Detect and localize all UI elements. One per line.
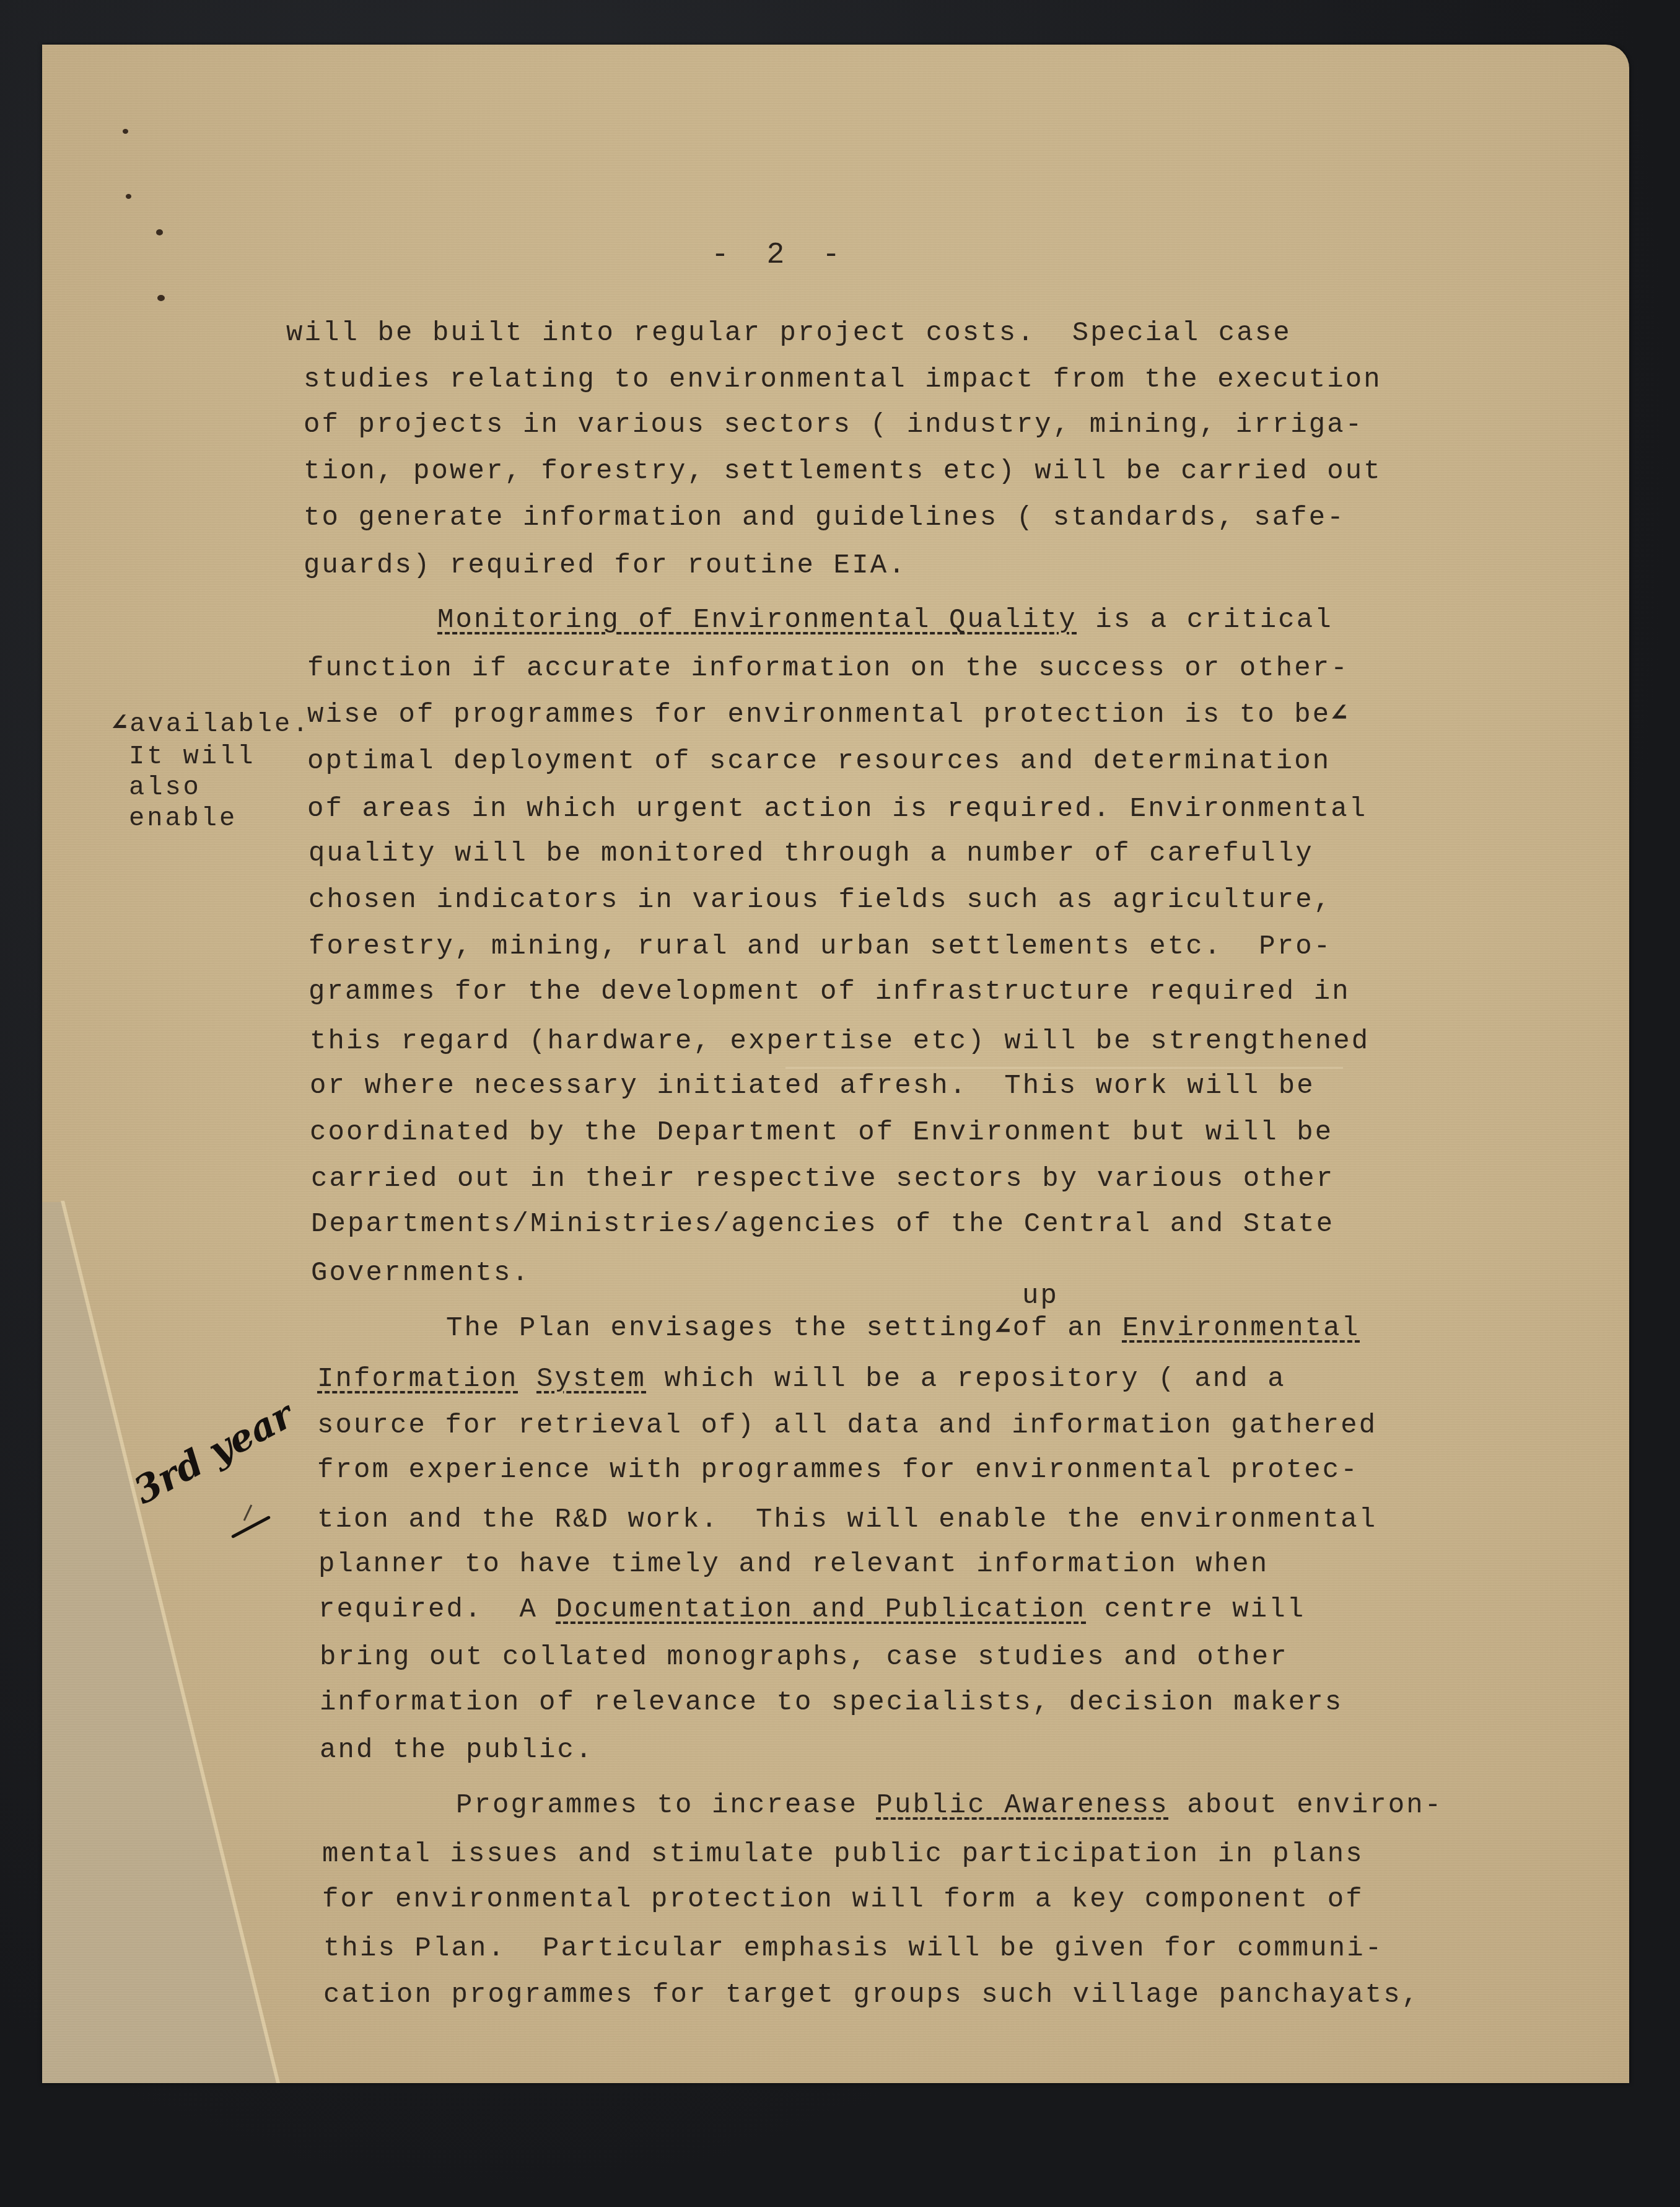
text-line: of areas in which urgent action is requi… <box>307 791 1367 828</box>
text-line: quality will be monitored through a numb… <box>308 835 1314 872</box>
text-line: this regard (hardware, expertise etc) wi… <box>310 1023 1370 1060</box>
margin-note-line: ∠available. <box>112 706 310 742</box>
text-line: coordinated by the Department of Environ… <box>310 1114 1333 1151</box>
text-line: for environmental protection will form a… <box>322 1881 1364 1918</box>
text-line: Governments. <box>311 1255 530 1292</box>
text-line: from experience with programmes for envi… <box>317 1452 1359 1489</box>
text-line: guards) required for routine EIA. <box>304 547 907 584</box>
text-line: Programmes to increase Public Awareness … <box>456 1787 1443 1824</box>
text-line: carried out in their respective sectors … <box>311 1161 1334 1198</box>
underlined-term-public-awareness: Public Awareness <box>877 1790 1169 1821</box>
text-line: forestry, mining, rural and urban settle… <box>308 928 1332 965</box>
text-line: source for retrieval of) all data and in… <box>317 1407 1377 1444</box>
text-line: information of relevance to specialists,… <box>320 1684 1343 1721</box>
text-line: function if accurate information on the … <box>307 650 1349 687</box>
text-line: tion, power, forestry, settlements etc) … <box>304 453 1382 490</box>
text-line: or where necessary initiated afresh. Thi… <box>310 1068 1315 1105</box>
section-heading-monitoring: Monitoring of Environmental Quality <box>437 605 1077 636</box>
text-line: tion and the R&D work. This will enable … <box>317 1501 1377 1538</box>
text-line: to generate information and guidelines (… <box>304 499 1345 537</box>
punch-hole-1 <box>123 129 128 134</box>
text-line: required. A Documentation and Publicatio… <box>318 1591 1305 1628</box>
text-line: studies relating to environmental impact… <box>304 361 1382 398</box>
text-line: The Plan envisages the setting∠of an Env… <box>446 1310 1360 1347</box>
text-line: Departments/Ministries/agencies of the C… <box>311 1206 1334 1243</box>
underlined-term-documentation: Documentation and Publication <box>556 1594 1087 1625</box>
punch-hole-2 <box>126 194 131 199</box>
text-line: Monitoring of Environmental Quality is a… <box>437 602 1333 639</box>
text-line: will be built into regular project costs… <box>286 315 1292 352</box>
text-line: bring out collated monographs, case stud… <box>320 1639 1288 1676</box>
underlined-term-environmental: Environmental <box>1122 1313 1360 1344</box>
punch-hole-4 <box>157 295 165 301</box>
text-line: optimal deployment of scarce resources a… <box>307 743 1331 780</box>
text-line: mental issues and stimulate public parti… <box>322 1836 1364 1873</box>
text-line: wise of programmes for environmental pro… <box>307 696 1349 734</box>
text-run: is a critical <box>1077 605 1333 636</box>
punch-hole-3 <box>156 229 163 235</box>
margin-note-line: enable <box>129 801 237 836</box>
underlined-term-information: Information <box>317 1364 518 1395</box>
text-line: chosen indicators in various fields such… <box>308 882 1332 919</box>
underlined-term-system: System <box>536 1364 646 1395</box>
text-line: cation programmes for target groups such… <box>323 1977 1420 2014</box>
insertion-above: up <box>1022 1278 1059 1315</box>
insertion-caret: ∠ <box>112 709 129 739</box>
text-line: this Plan. Particular emphasis will be g… <box>323 1930 1383 1967</box>
insertion-caret: ∠ <box>994 1313 1013 1344</box>
text-line: Information System which will be a repos… <box>317 1361 1286 1398</box>
insertion-caret: ∠ <box>1331 700 1349 731</box>
text-line: planner to have timely and relevant info… <box>318 1546 1269 1583</box>
text-line: of projects in various sectors ( industr… <box>304 406 1363 444</box>
text-run: wise of programmes for environmental pro… <box>307 700 1331 731</box>
page-number: - 2 - <box>711 239 850 272</box>
text-line: and the public. <box>320 1732 594 1769</box>
text-line: grammes for the development of infrastru… <box>308 973 1350 1011</box>
